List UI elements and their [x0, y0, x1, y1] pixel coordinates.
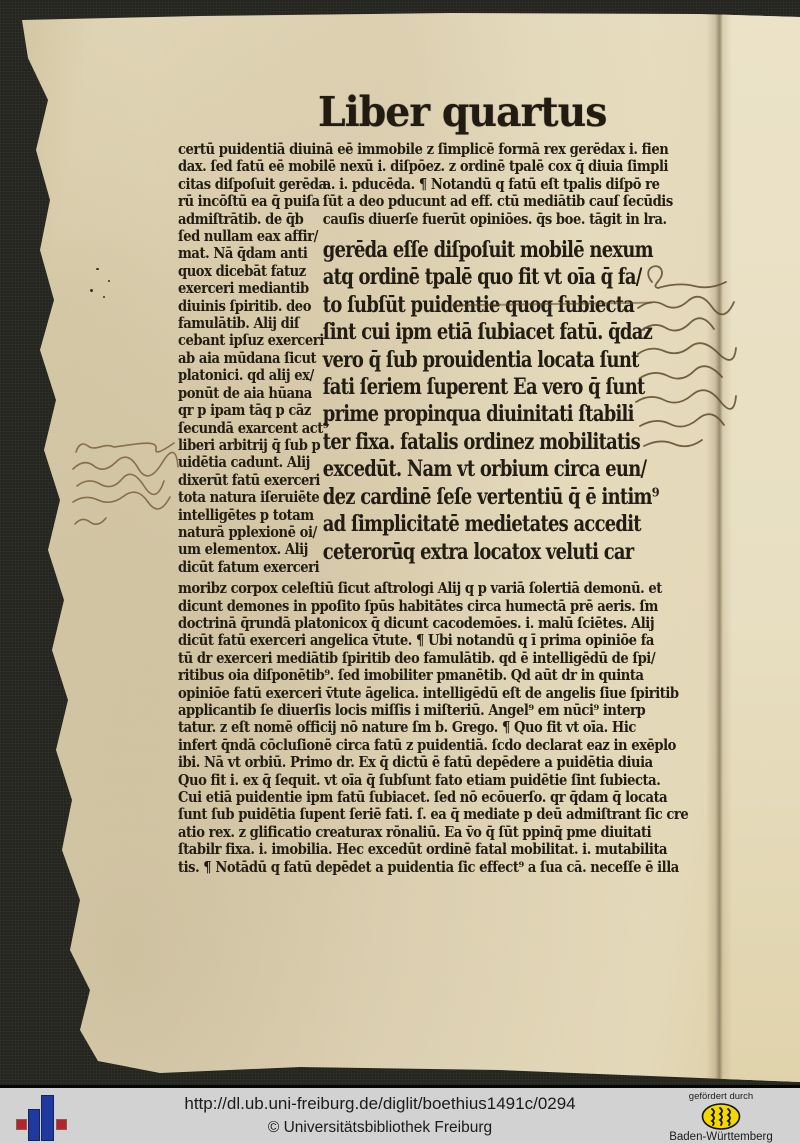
lemma-small-lines: a. i. pducēda. ¶ Notandū q fatū eſt tpal…: [323, 176, 658, 228]
text-line: infert q̄ndā cōcluſionē circa fatū z pui…: [178, 737, 658, 754]
lemma-large-lines: gerēda eſſe diſpoſuit mobilē nexumatq or…: [323, 237, 624, 566]
text-line: qr p ipam tāq p cāz: [178, 402, 323, 419]
text-line: Cui etiā puidentie ipm fatū ſubiacet. ſe…: [178, 789, 658, 806]
text-line: uidētia cadunt. Alij: [178, 454, 323, 471]
copyright-notice: © Universitätsbibliothek Freiburg: [120, 1116, 640, 1139]
text-line: cauſis diuerſe fuerūt opiniōes. q̄s boe.…: [323, 211, 658, 228]
ink-speck: [90, 289, 93, 292]
text-line: ſecundā exarcent act⁹: [178, 420, 323, 437]
funder-label: gefördert durch: [656, 1091, 786, 1102]
next-page-edge: [722, 0, 800, 1090]
text-line: diuinis ſpiritib. deo: [178, 298, 323, 315]
text-line: tatur. z eſt nomē officij nō nature ſm b…: [178, 719, 658, 736]
text-line: applicantib ſe diuerſis locis miſſis i m…: [178, 702, 658, 719]
text-line: fati ſeriem ſuperent Ea vero q̄ ſunt: [323, 374, 624, 401]
text-line: dicunt demones in ppoſito ſpūs habitātes…: [178, 598, 658, 615]
text-line: tū dr exerceri mediātib ſpiritib deo fam…: [178, 650, 658, 667]
text-line: atq ordinē tpalē quo fit vt oīa q̄ fa/: [323, 264, 624, 291]
baden-wuerttemberg-emblem-icon: [701, 1103, 741, 1130]
text-line: vero q̄ ſub prouidentia locata ſunt: [323, 347, 624, 374]
text-line: ſūt a deo pducunt ad eff. ctū mediātib c…: [323, 193, 658, 210]
text-line: ad ſimplicitatē medietates accedit: [323, 511, 624, 538]
text-line: tis. ¶ Notādū q fatū depēdet a puidentia…: [178, 859, 658, 876]
text-line: ponūt de aia hūana: [178, 385, 323, 402]
text-line: ceterorūq extra locatox veluti car: [323, 539, 624, 566]
source-url: http://dl.ub.uni-freiburg.de/diglit/boet…: [120, 1092, 640, 1116]
text-line: dez cardinē ſeſe vertentiū q̄ ē intim⁹: [323, 484, 624, 511]
logo-red-square: [16, 1119, 27, 1130]
text-line: atio rex. z glificatio creaturax rōnaliū…: [178, 824, 658, 841]
logo-blue-bar: [41, 1095, 54, 1141]
printed-text-block: certū puidentiā diuinā eē immobile z ſim…: [178, 141, 658, 876]
text-line: dicūt fatum exerceri: [178, 559, 323, 576]
text-line: opiniōe fatū exerceri v̄tute āgelica. in…: [178, 685, 658, 702]
book-page: Liber quartus certū puidentiā diuinā eē …: [0, 0, 800, 1090]
text-line: famulātib. Alij diſ: [178, 315, 323, 332]
text-line: Quo fit i. ex q̄ ſequit. vt oīa q̄ ſubſu…: [178, 772, 658, 789]
text-line: moribz corpox celeſtiū ſicut aſtrologi A…: [178, 580, 658, 597]
text-line: liberi arbitrij q̄ ſub p: [178, 437, 323, 454]
text-line: ſed nullam eax affir/: [178, 228, 323, 245]
text-line: dax. ſed fatū eē mobilē nexū i. diſpōez.…: [178, 158, 658, 175]
text-line: mat. Nā q̄dam anti: [178, 245, 323, 262]
text-line: gerēda eſſe diſpoſuit mobilē nexum: [323, 237, 624, 264]
text-line: citas diſpoſuit gerēda: [178, 176, 323, 193]
funder-name: Baden-Württemberg: [656, 1131, 786, 1143]
logo-red-square: [56, 1119, 67, 1130]
text-line: admiſtrātib. de q̄b: [178, 211, 323, 228]
text-line: quox dicebāt fatuz: [178, 263, 323, 280]
two-column-section: citas diſpoſuit gerēdarū incōſtū ea q̄ p…: [178, 176, 658, 576]
text-line: ſtabilr fixa. i. imobilia. Hec excedūt o…: [178, 841, 658, 858]
text-line: dicūt fatū exerceri angelica v̄tute. ¶ U…: [178, 632, 658, 649]
scan-viewport: Liber quartus certū puidentiā diuinā eē …: [0, 0, 800, 1143]
page-title: Liber quartus: [318, 88, 606, 136]
text-line: platonici. qd alij ex/: [178, 367, 323, 384]
text-line: ter fixa. fatalis ordinez mobilitatis: [323, 429, 624, 456]
text-line: ibi. Nā vt orbiū. Primo dr. Ex q̄ dictū …: [178, 754, 658, 771]
text-line: excedūt. Nam vt orbium circa eun/: [323, 456, 624, 483]
text-line: ſunt ſub puidētia ſupent ſeriē fati. ſ. …: [178, 806, 658, 823]
text-line: prime propinqua diuinitati ſtabili: [323, 401, 624, 428]
handwritten-marginalia-right: [630, 258, 742, 458]
ink-speck: [108, 280, 110, 282]
ink-speck: [96, 268, 99, 270]
opening-paragraph: certū puidentiā diuinā eē immobile z ſim…: [178, 141, 658, 176]
text-line: cebant ipſuz exerceri: [178, 332, 323, 349]
text-line: naturā pplexionē oi/: [178, 524, 323, 541]
library-logo: [16, 1093, 66, 1141]
page-fold-shadow: [706, 10, 732, 1085]
funding-attribution: gefördert durch Baden-Württemberg: [656, 1091, 786, 1143]
text-line: dixerūt fatū exerceri: [178, 472, 323, 489]
text-line: rū incōſtū ea q̄ puiſa: [178, 193, 323, 210]
text-line: exerceri mediantib: [178, 280, 323, 297]
text-line: certū puidentiā diuinā eē immobile z ſim…: [178, 141, 658, 158]
handwritten-marginalia-left: [70, 436, 185, 541]
lemma-column: a. i. pducēda. ¶ Notandū q fatū eſt tpal…: [323, 176, 658, 576]
text-line: tota natura iſeruiēte: [178, 489, 323, 506]
ink-speck: [103, 296, 105, 298]
text-line: ritibus oia diſponētib⁹. ſed imobiliter …: [178, 667, 658, 684]
text-line: doctrinā q̄rundā platonicox q̄ dicunt ca…: [178, 615, 658, 632]
text-line: um elementox. Alij: [178, 541, 323, 558]
closing-paragraph: moribz corpox celeſtiū ſicut aſtrologi A…: [178, 580, 658, 876]
text-line: intelligētes p totam: [178, 507, 323, 524]
commentary-column: citas diſpoſuit gerēdarū incōſtū ea q̄ p…: [178, 176, 323, 576]
text-line: ſint cui ipm etiā ſubiacet fatū. q̄daz: [323, 319, 624, 346]
text-line: a. i. pducēda. ¶ Notandū q fatū eſt tpal…: [323, 176, 658, 193]
footer-text-block: http://dl.ub.uni-freiburg.de/diglit/boet…: [120, 1092, 640, 1139]
text-line: ab aia mūdana ſicut: [178, 350, 323, 367]
logo-blue-bar: [28, 1109, 40, 1141]
viewer-footer: http://dl.ub.uni-freiburg.de/diglit/boet…: [0, 1085, 800, 1143]
